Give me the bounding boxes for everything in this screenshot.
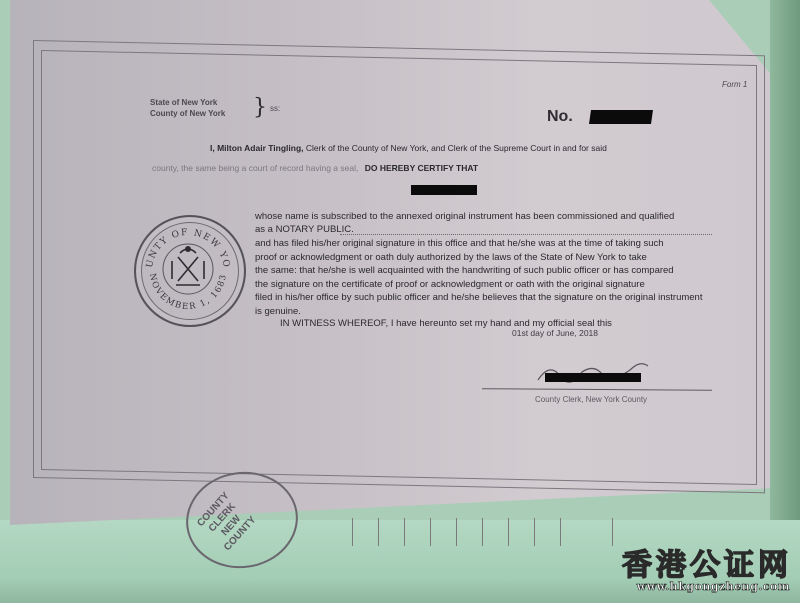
date-line: 01st day of June, 2018 xyxy=(512,328,598,338)
seal-top-text: COUNTY OF NEW YORK xyxy=(134,215,231,269)
do-hereby-certify: DO HEREBY CERTIFY THAT xyxy=(365,163,478,173)
certification-line-2-text: county, the same being a court of record… xyxy=(152,163,358,173)
body-line-2: as a NOTARY PUBLIC. xyxy=(255,224,354,235)
body-line-6: the signature on the certificate of proo… xyxy=(255,279,645,290)
body-line-4: proof or acknowledgment or oath duly aut… xyxy=(255,252,647,263)
body-line-7: filed in his/her office by such public o… xyxy=(255,292,702,303)
svg-text:COUNTY OF NEW YORK: COUNTY OF NEW YORK xyxy=(134,215,231,269)
watermark-url: www.hkgongzheng.com xyxy=(637,580,790,593)
body-line-8: is genuine. xyxy=(255,306,301,317)
certification-line-1: I, Milton Adair Tingling, Clerk of the C… xyxy=(210,143,607,153)
seal-bottom-text: NOVEMBER 1, 1683 xyxy=(147,273,229,313)
body-line-3: and has filed his/her original signature… xyxy=(255,238,664,249)
certification-line-1-rest: Clerk of the County of New York, and Cle… xyxy=(306,143,607,153)
watermark-chinese: 香港公证网 xyxy=(622,540,792,584)
certificate-number-label: No. xyxy=(547,108,573,126)
signature-title: County Clerk, New York County xyxy=(535,395,647,404)
signature-name-redacted xyxy=(545,373,641,382)
county-seal: COUNTY OF NEW YORK NOVEMBER 1, 1683 xyxy=(134,215,246,327)
svg-text:NOVEMBER 1, 1683: NOVEMBER 1, 1683 xyxy=(147,273,229,313)
venue-brace: } xyxy=(253,95,267,120)
body-line-5: the same: that he/she is well acquainted… xyxy=(255,265,674,276)
form-label: Form 1 xyxy=(722,80,747,89)
certificate-number-redacted xyxy=(589,110,653,124)
notary-name-redacted xyxy=(411,185,477,195)
background-surface xyxy=(770,0,800,603)
body-line-1: whose name is subscribed to the annexed … xyxy=(255,211,674,222)
venue-county: County of New York xyxy=(150,109,225,118)
notary-dotted-line xyxy=(340,234,712,235)
certification-line-2: county, the same being a court of record… xyxy=(152,163,478,173)
clerk-name: I, Milton Adair Tingling, xyxy=(210,143,304,153)
lower-sheet-ticks xyxy=(350,518,660,548)
venue-state: State of New York xyxy=(150,98,217,107)
venue-ss: ss: xyxy=(270,104,280,113)
